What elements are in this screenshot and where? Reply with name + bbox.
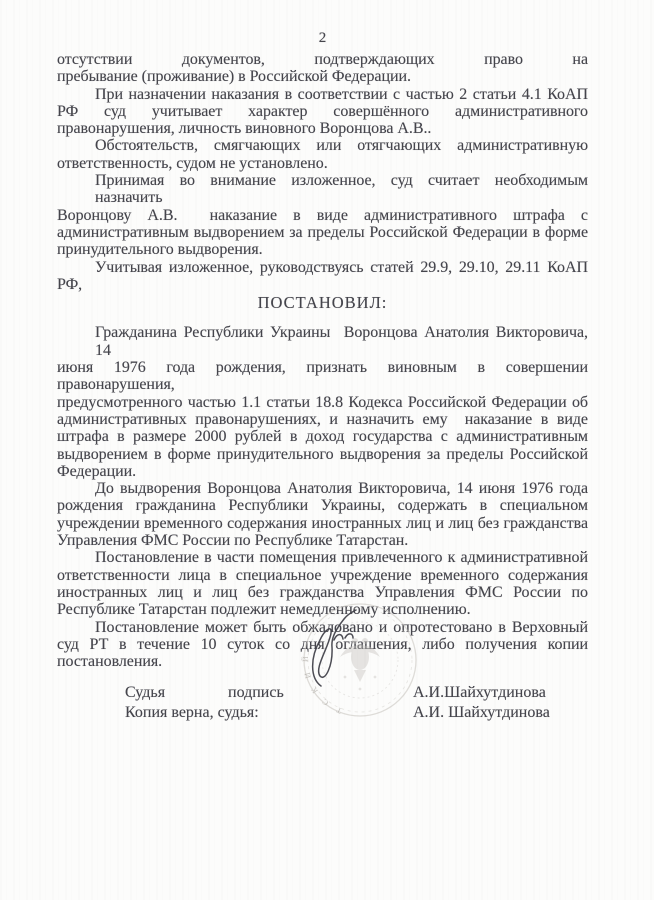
doc-line: ответственности лица в специальное учреж… bbox=[57, 567, 588, 584]
scanned-court-document-page: 2 отсутствии документов, подтверждающих … bbox=[0, 0, 654, 900]
signature-caption: подпись bbox=[228, 684, 284, 702]
doc-line: июня 1976 года рождения, признать виновн… bbox=[57, 359, 588, 394]
doc-line: РФ суд учитывает характер совершённого а… bbox=[57, 103, 588, 120]
court-stamp: Т С К И Й bbox=[285, 585, 435, 735]
stamp-rim-text: Т С К И Й bbox=[301, 652, 343, 716]
doc-line: пребывание (проживание) в Российской Фед… bbox=[57, 68, 588, 85]
doc-line: При назначении наказания в соответствии … bbox=[57, 86, 588, 103]
doc-line: административным выдворением за пределы … bbox=[57, 224, 588, 241]
copy-certified-label: Копия верна, судья: bbox=[125, 704, 259, 722]
doc-line: До выдворения Воронцова Анатолия Викторо… bbox=[57, 480, 588, 497]
judge-label: Судья bbox=[125, 684, 165, 702]
doc-line: РФ, bbox=[57, 276, 588, 293]
resolution-heading: ПОСТАНОВИЛ: bbox=[57, 294, 588, 311]
doc-line: правонарушения, личность виновного Ворон… bbox=[57, 120, 588, 137]
seal-emblem-eagle bbox=[336, 638, 384, 690]
page-number: 2 bbox=[57, 30, 588, 46]
doc-line: учреждении временного содержания иностра… bbox=[57, 515, 588, 532]
doc-line: выдворением в форме принудительного выдв… bbox=[57, 446, 588, 463]
doc-line: Управления ФМС России по Республике Тата… bbox=[57, 532, 588, 549]
doc-line: Воронцову А.В. наказание в виде админист… bbox=[57, 207, 588, 224]
doc-line: принудительного выдворения. bbox=[57, 241, 588, 258]
svg-text:Т С К И Й: Т С К И Й bbox=[301, 652, 343, 716]
doc-line: Учитывая изложенное, руководствуясь стат… bbox=[57, 259, 588, 276]
doc-line: административных правонарушениях, и назн… bbox=[57, 411, 588, 428]
doc-line: Постановление в части помещения привлече… bbox=[57, 549, 588, 566]
doc-line: Гражданина Республики Украины Воронцова … bbox=[57, 324, 588, 359]
doc-line: штрафа в размере 2000 рублей в доход гос… bbox=[57, 428, 588, 445]
doc-line: рождения гражданина Республики Украины, … bbox=[57, 497, 588, 514]
doc-line: предусмотренного частью 1.1 статьи 18.8 … bbox=[57, 394, 588, 411]
doc-line: Принимая во внимание изложенное, суд счи… bbox=[57, 172, 588, 207]
doc-line: отсутствии документов, подтверждающих пр… bbox=[57, 51, 588, 68]
doc-line: Федерации. bbox=[57, 463, 588, 480]
stamp-and-signature-area: Т С К И Й bbox=[285, 585, 435, 735]
doc-line: Обстоятельств, смягчающих или отягчающих… bbox=[57, 137, 588, 154]
doc-line: ответственность, судом не установлено. bbox=[57, 155, 588, 172]
